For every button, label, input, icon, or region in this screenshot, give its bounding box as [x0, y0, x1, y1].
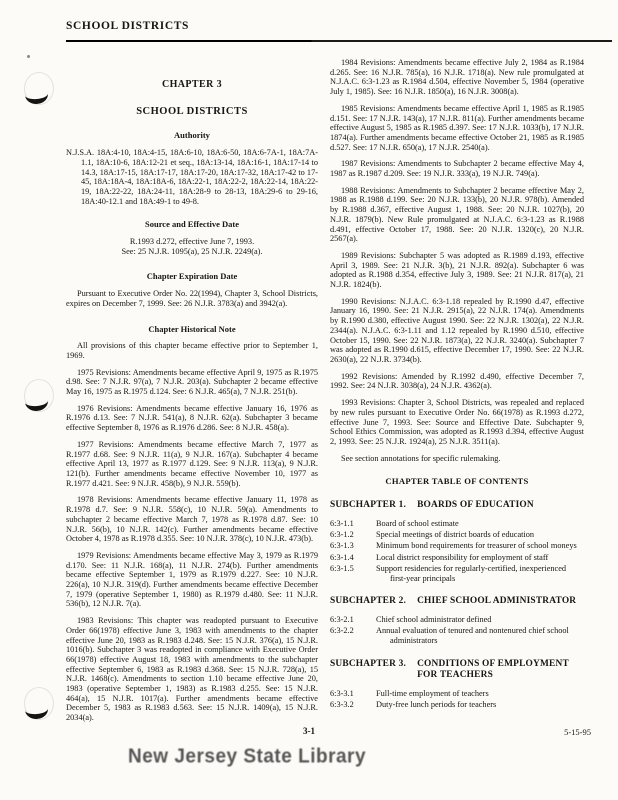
toc-item-number: 6:3-1.2	[330, 530, 376, 540]
expiration-heading: Chapter Expiration Date	[66, 272, 318, 282]
toc-item-number: 6:3-1.3	[330, 541, 376, 551]
source-heading: Source and Effective Date	[66, 220, 318, 230]
toc-item-number: 6:3-2.1	[330, 615, 376, 625]
toc-item-title: Special meetings of district boards of e…	[376, 530, 584, 540]
toc-item-title: Duty-free lunch periods for teachers	[376, 700, 584, 710]
paragraph-1978: 1978 Revisions: Amendments became effect…	[66, 495, 318, 544]
punch-hole-icon	[24, 379, 54, 412]
annotations-note: See section annotations for specific rul…	[330, 454, 584, 464]
subchapter-2-title: CHIEF SCHOOL ADMINISTRATOR	[417, 596, 584, 607]
page-number: 3-1	[0, 726, 618, 736]
paragraph-1985: 1985 Revisions: Amendments became effect…	[330, 104, 584, 153]
toc-item: 6:3-1.1 Board of school estimate	[330, 519, 584, 529]
running-head-title: SCHOOL DISTRICTS	[66, 20, 189, 32]
expiration-text: Pursuant to Executive Order No. 22(1994)…	[66, 289, 318, 308]
subchapter-3-heading: SUBCHAPTER 3. CONDITIONS OF EMPLOYMENT F…	[330, 659, 584, 681]
toc-item: 6:3-1.5 Support residencies for regularl…	[330, 564, 584, 583]
toc-item-title: Local district responsibility for employ…	[376, 553, 584, 563]
toc-item-title: Full-time employment of teachers	[376, 689, 584, 699]
paragraph-1987: 1987 Revisions: Amendments to Subchapter…	[330, 159, 584, 178]
paragraph-1983: 1983 Revisions: This chapter was readopt…	[66, 616, 318, 723]
toc-item: 6:3-3.1 Full-time employment of teachers	[330, 689, 584, 699]
document-page: SCHOOL DISTRICTS CHAPTER 3 SCHOOL DISTRI…	[0, 0, 618, 800]
toc-item: 6:3-2.1 Chief school administrator defin…	[330, 615, 584, 625]
scan-speck	[27, 55, 30, 58]
paragraph-1990: 1990 Revisions: N.J.A.C. 6:3-1.18 repeal…	[330, 297, 584, 365]
subchapter-1-heading: SUBCHAPTER 1. BOARDS OF EDUCATION	[330, 500, 584, 511]
toc-item-number: 6:3-3.2	[330, 700, 376, 710]
toc-item-number: 6:3-3.1	[330, 689, 376, 699]
subchapter-1-title: BOARDS OF EDUCATION	[417, 500, 584, 511]
toc-item-title: Annual evaluation of tenured and nontenu…	[376, 626, 584, 645]
toc-item-number: 6:3-2.2	[330, 626, 376, 645]
subchapter-2-heading: SUBCHAPTER 2. CHIEF SCHOOL ADMINISTRATOR	[330, 596, 584, 607]
chapter-label: CHAPTER 3	[66, 80, 318, 90]
issue-date: 5-15-95	[564, 727, 591, 737]
historical-heading: Chapter Historical Note	[66, 325, 318, 335]
authority-text: N.J.S.A. 18A:4-10, 18A:4-15, 18A:6-10, 1…	[66, 148, 318, 206]
paragraph-1993: 1993 Revisions: Chapter 3, School Distri…	[330, 398, 584, 447]
toc-item-title: Support residencies for regularly-certif…	[376, 564, 584, 583]
subchapter-2-label: SUBCHAPTER 2.	[330, 596, 406, 607]
authority-heading: Authority	[66, 131, 318, 141]
source-line-2: See: 25 N.J.R. 1095(a), 25 N.J.R. 2249(a…	[66, 247, 318, 257]
chapter-title: SCHOOL DISTRICTS	[66, 107, 318, 117]
paragraph-1975: 1975 Revisions: Amendments became effect…	[66, 368, 318, 397]
paragraph-1979: 1979 Revisions: Amendments became effect…	[66, 551, 318, 609]
punch-hole-icon	[24, 72, 54, 105]
right-column: 1984 Revisions: Amendments became effect…	[330, 58, 584, 711]
paragraph-1984: 1984 Revisions: Amendments became effect…	[330, 58, 584, 97]
subchapter-3-title: CONDITIONS OF EMPLOYMENT FOR TEACHERS	[417, 659, 584, 681]
toc-item-number: 6:3-1.4	[330, 553, 376, 563]
left-column: CHAPTER 3 SCHOOL DISTRICTS Authority N.J…	[66, 80, 318, 723]
toc-item: 6:3-2.2 Annual evaluation of tenured and…	[330, 626, 584, 645]
paragraph-1977: 1977 Revisions: Amendments became effect…	[66, 440, 318, 489]
library-stamp: New Jersey State Library	[128, 745, 366, 768]
toc-item: 6:3-1.4 Local district responsibility fo…	[330, 553, 584, 563]
header-rule	[66, 40, 612, 42]
subchapter-1-label: SUBCHAPTER 1.	[330, 500, 406, 511]
paragraph-1988: 1988 Revisions: Amendments to Subchapter…	[330, 186, 584, 244]
punch-hole-icon	[24, 687, 54, 720]
subchapter-3-label: SUBCHAPTER 3.	[330, 659, 406, 681]
toc-item-number: 6:3-1.5	[330, 564, 376, 583]
toc-item-title: Minimum bond requirements for treasurer …	[376, 541, 584, 551]
paragraph-1989: 1989 Revisions: Subchapter 5 was adopted…	[330, 251, 584, 290]
toc-item: 6:3-1.2 Special meetings of district boa…	[330, 530, 584, 540]
paragraph-1992: 1992 Revisions: Amended by R.1992 d.490,…	[330, 372, 584, 391]
paragraph-provisions: All provisions of this chapter became ef…	[66, 341, 318, 360]
toc-item-title: Board of school estimate	[376, 519, 584, 529]
toc-item-title: Chief school administrator defined	[376, 615, 584, 625]
toc-item: 6:3-3.2 Duty-free lunch periods for teac…	[330, 700, 584, 710]
paragraph-1976: 1976 Revisions: Amendments became effect…	[66, 404, 318, 433]
toc-item: 6:3-1.3 Minimum bond requirements for tr…	[330, 541, 584, 551]
source-line-1: R.1993 d.272, effective June 7, 1993.	[66, 237, 318, 247]
toc-heading: CHAPTER TABLE OF CONTENTS	[330, 477, 584, 487]
toc-item-number: 6:3-1.1	[330, 519, 376, 529]
